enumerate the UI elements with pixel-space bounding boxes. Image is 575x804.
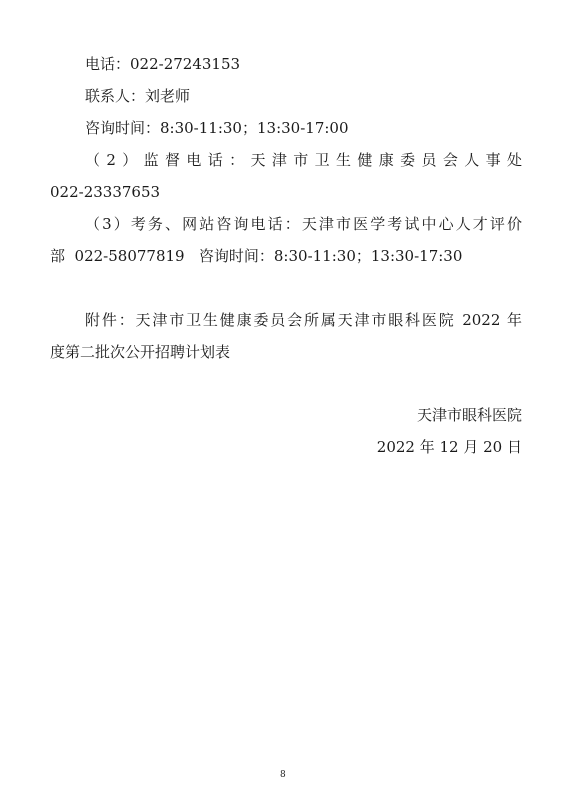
signature-date: 2022 年 12 月 20 日 bbox=[300, 437, 522, 457]
exam-inquiry-line1: （3）考务、网站咨询电话：天津市医学考试中心人才评价 bbox=[85, 214, 522, 234]
contact-person: 联系人：刘老师 bbox=[85, 86, 190, 106]
contact-hours: 咨询时间：8:30-11:30；13:30-17:00 bbox=[85, 118, 349, 138]
supervision-phone-line1: （2）监督电话：天津市卫生健康委员会人事处 bbox=[85, 150, 522, 170]
exam-inquiry-line2: 部 022-58077819 咨询时间：8:30-11:30；13:30-17:… bbox=[50, 246, 462, 266]
signature-organization: 天津市眼科医院 bbox=[300, 405, 522, 425]
page-number: 8 bbox=[280, 770, 286, 780]
supervision-phone-line2: 022-23337653 bbox=[50, 182, 160, 202]
attachment-line1: 附件：天津市卫生健康委员会所属天津市眼科医院 2022 年 bbox=[85, 310, 522, 330]
attachment-line2: 度第二批次公开招聘计划表 bbox=[50, 342, 230, 362]
contact-phone: 电话：022-27243153 bbox=[85, 54, 240, 74]
